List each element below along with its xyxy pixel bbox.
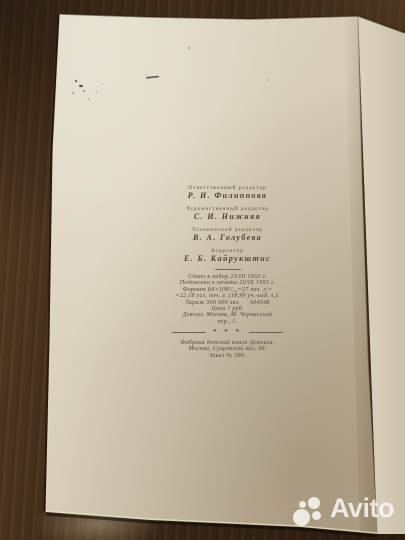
avito-logo-icon	[290, 497, 328, 531]
book-photo-scene: Ответственный редактор Р. И. Филиппова Х…	[0, 0, 405, 540]
editor-name: В. А. Голубева	[110, 234, 345, 243]
divider-line	[172, 332, 206, 333]
asterisks: * * *	[213, 329, 242, 336]
editor-name: Е. Б. Кайрукштис	[110, 255, 345, 264]
printer-block: Фабрика детской книги Детгиза. Москва, С…	[110, 340, 345, 359]
editor-entry: Ответственный редактор Р. И. Филиппова	[110, 185, 345, 201]
editor-name: С. И. Нижняя	[110, 213, 345, 222]
editor-name: Р. И. Филиппова	[110, 192, 345, 201]
printer-line: Заказ № 390.	[110, 353, 345, 359]
avito-brand-text: Avito	[330, 491, 394, 525]
editor-entry: Художественный редактор С. И. Нижняя	[110, 206, 345, 222]
avito-dot-medium-icon	[308, 497, 320, 509]
editor-entry: Технический редактор В. А. Голубева	[110, 227, 345, 243]
avito-dot-mini-icon	[312, 511, 321, 520]
divider-line	[249, 332, 283, 333]
asterisk-divider: * * *	[110, 329, 345, 336]
divider-rule	[215, 269, 241, 270]
imprint-block: Сдано в набор 23/III 1955 г. Подписано к…	[110, 274, 345, 325]
imprint-line: пер., 1.	[110, 319, 345, 325]
colophon-text-block: Ответственный редактор Р. И. Филиппова Х…	[110, 185, 345, 359]
editor-entry: Корректор Е. Б. Кайрукштис	[110, 248, 345, 264]
avito-dot-small-icon	[299, 501, 306, 508]
avito-watermark: Avito	[290, 491, 405, 537]
avito-dot-large-icon	[293, 509, 310, 526]
